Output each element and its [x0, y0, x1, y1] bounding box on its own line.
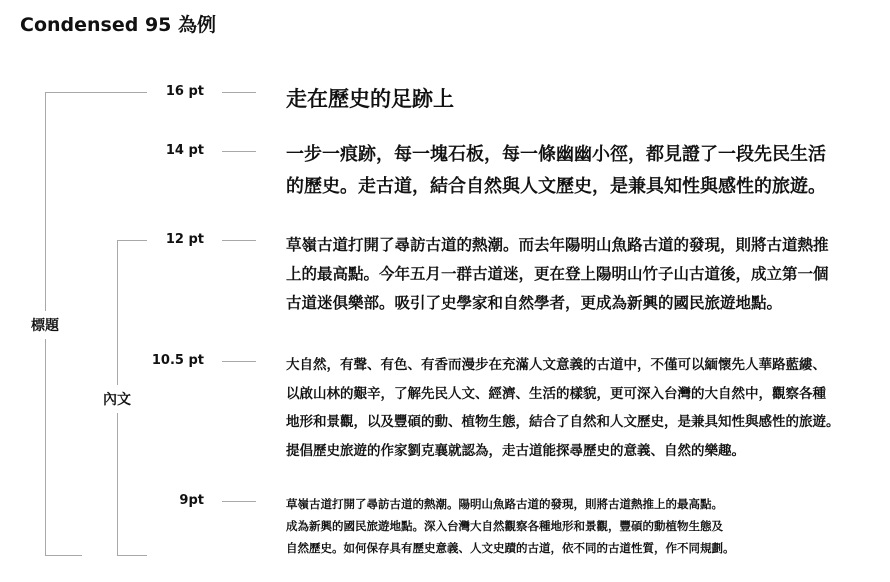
heading-bracket-top: [45, 92, 147, 93]
dash-9pt: [222, 501, 256, 502]
heading-bracket-bottom: [45, 555, 82, 556]
sample-line: 提倡歷史旅遊的作家劉克襄就認為，走古道能探尋歷史的意義、自然的樂趣。: [286, 437, 840, 466]
sample-line: 地形和景觀，以及豐碩的動、植物生態，結合了自然和人文歷史，是兼具知性與感性的旅遊…: [286, 408, 840, 437]
size-label-10-5pt: 10.5 pt: [144, 353, 204, 368]
body-bracket-top: [117, 240, 147, 241]
heading-group-label: 標題: [25, 311, 65, 339]
sample-line: 自然歷史。如何保存具有歷史意義、人文史蹟的古道，依不同的古道性質，作不同規劃。: [286, 537, 735, 559]
dash-10-5pt: [222, 361, 256, 362]
page-title: Condensed 95 為例: [20, 10, 216, 37]
sample-line: 一步一痕跡，每一塊石板，每一條幽幽小徑，都見證了一段先民生活: [286, 139, 826, 171]
sample-line: 草嶺古道打開了尋訪古道的熱潮。陽明山魚路古道的發現，則將古道熱推上的最高點。: [286, 493, 735, 515]
sample-line: 大自然，有聲、有色、有香而漫步在充滿人文意義的古道中，不僅可以緬懷先人華路藍縷、: [286, 351, 840, 380]
dash-14pt: [222, 151, 256, 152]
sample-line: 以啟山林的艱辛，了解先民人文、經濟、生活的樣貌，更可深入台灣的大自然中，觀察各種: [286, 380, 840, 409]
body-group-label: 內文: [97, 385, 137, 413]
sample-14pt: 一步一痕跡，每一塊石板，每一條幽幽小徑，都見證了一段先民生活 的歷史。走古道，結…: [286, 139, 826, 203]
sample-9pt: 草嶺古道打開了尋訪古道的熱潮。陽明山魚路古道的發現，則將古道熱推上的最高點。 成…: [286, 493, 735, 559]
sample-line: 上的最高點。今年五月一群古道迷，更在登上陽明山竹子山古道後，成立第一個: [286, 260, 829, 289]
body-bracket-bottom: [117, 555, 147, 556]
dash-16pt: [222, 92, 256, 93]
size-label-16pt: 16 pt: [144, 84, 204, 99]
dash-12pt: [222, 240, 256, 241]
size-label-9pt: 9pt: [144, 493, 204, 508]
sample-10-5pt: 大自然，有聲、有色、有香而漫步在充滿人文意義的古道中，不僅可以緬懷先人華路藍縷、…: [286, 351, 840, 465]
sample-line: 的歷史。走古道，結合自然與人文歷史，是兼具知性與感性的旅遊。: [286, 171, 826, 203]
sample-16pt: 走在歷史的足跡上: [286, 84, 454, 114]
size-label-14pt: 14 pt: [144, 143, 204, 158]
sample-line: 草嶺古道打開了尋訪古道的熱潮。而去年陽明山魚路古道的發現，則將古道熱推: [286, 231, 829, 260]
sample-line: 走在歷史的足跡上: [286, 84, 454, 114]
sample-line: 古道迷俱樂部。吸引了史學家和自然學者，更成為新興的國民旅遊地點。: [286, 289, 829, 318]
size-label-12pt: 12 pt: [144, 232, 204, 247]
sample-12pt: 草嶺古道打開了尋訪古道的熱潮。而去年陽明山魚路古道的發現，則將古道熱推 上的最高…: [286, 231, 829, 318]
sample-line: 成為新興的國民旅遊地點。深入台灣大自然觀察各種地形和景觀，豐碩的動植物生態及: [286, 515, 735, 537]
